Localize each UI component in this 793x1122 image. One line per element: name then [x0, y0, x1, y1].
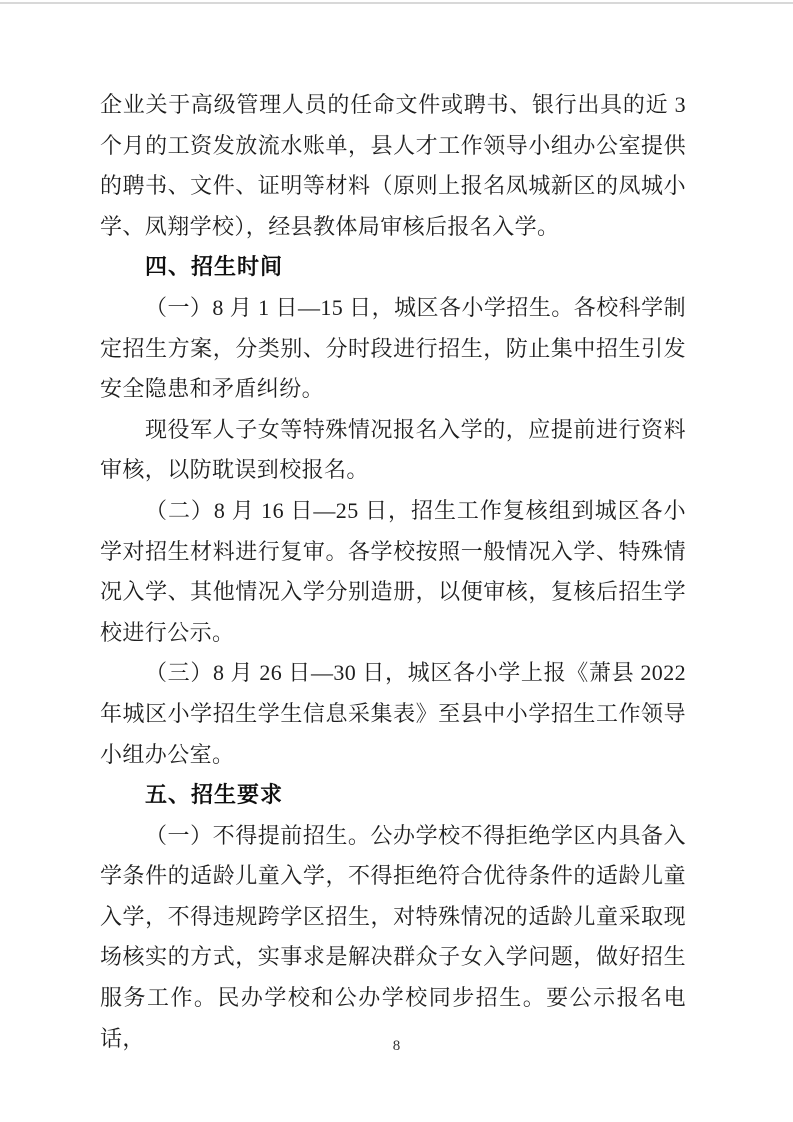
scan-edge-artifact — [0, 2, 793, 4]
paragraph: 企业关于高级管理人员的任命文件或聘书、银行出具的近 3 个月的工资发放流水账单，… — [100, 85, 686, 247]
paragraph: （一）8 月 1 日—15 日，城区各小学招生。各校科学制定招生方案，分类别、分… — [100, 288, 686, 410]
paragraph: 现役军人子女等特殊情况报名入学的，应提前进行资料审核，以防耽误到校报名。 — [100, 410, 686, 491]
document-page: 企业关于高级管理人员的任命文件或聘书、银行出具的近 3 个月的工资发放流水账单，… — [0, 0, 793, 1122]
paragraph: （三）8 月 26 日—30 日，城区各小学上报《萧县 2022 年城区小学招生… — [100, 653, 686, 775]
paragraph: （一）不得提前招生。公办学校不得拒绝学区内具备入学条件的适龄儿童入学，不得拒绝符… — [100, 816, 686, 1060]
page-number: 8 — [0, 1036, 793, 1056]
section-heading: 四、招生时间 — [100, 247, 686, 288]
paragraph: （二）8 月 16 日—25 日，招生工作复核组到城区各小学对招生材料进行复审。… — [100, 491, 686, 653]
section-heading: 五、招生要求 — [100, 775, 686, 816]
document-body: 企业关于高级管理人员的任命文件或聘书、银行出具的近 3 个月的工资发放流水账单，… — [100, 85, 686, 1059]
